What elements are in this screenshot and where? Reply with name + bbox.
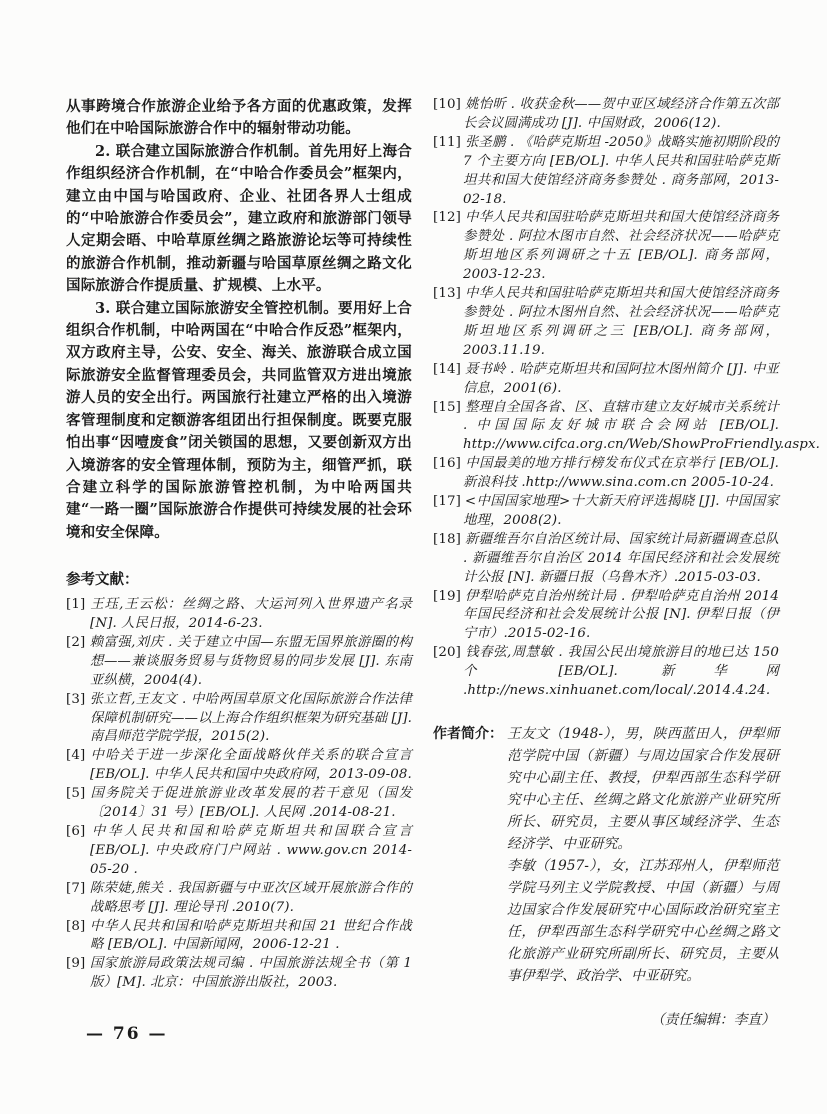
reference-item-18: [18]新疆维吾尔自治区统计局、国家统计局新疆调查总队 . 新疆维吾尔自治区 2… — [433, 531, 779, 588]
author-bio-heading: 作者简介： — [433, 723, 507, 987]
author-bio-entry-1: 王友文（1948-），男，陕西蓝田人，伊犁师范学院中国（新疆）与周边国家合作发展… — [507, 723, 779, 855]
reference-item-15: [15]整理自全国各省、区、直辖市建立友好城市关系统计 . 中国国际友好城市联合… — [433, 399, 779, 456]
reference-item-9: [9]国家旅游局政策法规司编 . 中国旅游法规全书（第 1 版）[M]. 北京：… — [66, 955, 412, 993]
reference-text-19: 伊犁哈萨克自治州统计局 . 伊犁哈萨克自治州 2014 年国民经济和社会发展统计… — [463, 589, 779, 642]
reference-text-12: 中华人民共和国驻哈萨克斯坦共和国大使馆经济商务参赞处 . 阿拉木图市自然、社会经… — [463, 210, 779, 282]
reference-label-9: [9] — [66, 956, 85, 971]
reference-item-3: [3]张立哲,王友文 . 中哈两国草原文化国际旅游合作法律保障机制研究——以上海… — [66, 691, 412, 748]
reference-text-18: 新疆维吾尔自治区统计局、国家统计局新疆调查总队 . 新疆维吾尔自治区 2014 … — [463, 532, 779, 585]
reference-item-11: [11]张圣鹏 . 《哈萨克斯坦 -2050》战略实施初期阶段的 7 个主要方向… — [433, 134, 779, 210]
reference-item-19: [19]伊犁哈萨克自治州统计局 . 伊犁哈萨克自治州 2014 年国民经济和社会… — [433, 588, 779, 645]
reference-label-17: [17] — [433, 494, 461, 509]
reference-label-18: [18] — [433, 532, 461, 547]
reference-text-13: 中华人民共和国驻哈萨克斯坦共和国大使馆经济商务参赞处 . 阿拉木图州自然、社会经… — [463, 286, 779, 358]
references-list-right: [10]姚怡昕 . 收获金秋——贺中亚区域经济合作第五次部长会议圆满成功 [J]… — [433, 96, 779, 701]
reference-text-20: 钱春弦,周慧敏 . 我国公民出境旅游目的地已达 150 个 [EB/OL]. 新… — [463, 645, 779, 698]
reference-text-1: 王珏,王云松：丝绸之路、大运河列入世界遗产名录 [N]. 人民日报，2014-6… — [89, 597, 412, 631]
reference-label-12: [12] — [433, 210, 461, 225]
reference-text-15: 整理自全国各省、区、直辖市建立友好城市关系统计 . 中国国际友好城市联合会网站 … — [463, 400, 820, 453]
page-number: — 76 — — [86, 1024, 168, 1044]
body-paragraph-2: 2. 联合建立国际旅游合作机制。首先用好上海合作组织经济合作机制，在“中哈合作委… — [66, 141, 412, 298]
reference-item-17: [17]<中国国家地理>十大新天府评选揭晓 [J]. 中国国家地理，2008(2… — [433, 493, 779, 531]
reference-label-1: [1] — [66, 597, 85, 612]
reference-label-19: [19] — [433, 589, 461, 604]
reference-text-7: 陈荣婕,熊关 . 我国新疆与中亚次区域开展旅游合作的战略思考 [J]. 理论导刊… — [89, 881, 412, 915]
reference-item-8: [8]中华人民共和国和哈萨克斯坦共和国 21 世纪合作战略 [EB/OL]. 中… — [66, 918, 412, 956]
reference-label-10: [10] — [433, 97, 461, 112]
reference-text-8: 中华人民共和国和哈萨克斯坦共和国 21 世纪合作战略 [EB/OL]. 中国新闻… — [89, 919, 412, 953]
reference-label-7: [7] — [66, 881, 85, 896]
author-bio-content: 王友文（1948-），男，陕西蓝田人，伊犁师范学院中国（新疆）与周边国家合作发展… — [507, 723, 779, 987]
reference-text-6: 中华人民共和国和哈萨克斯坦共和国联合宣言 [EB/OL]. 中央政府门户网站 .… — [89, 824, 412, 877]
reference-text-5: 国务院关于促进旅游业改革发展的若干意见（国发〔2014〕31 号）[EB/OL]… — [89, 786, 412, 820]
references-heading: 参考文献： — [66, 570, 412, 590]
reference-label-14: [14] — [433, 362, 461, 377]
reference-label-4: [4] — [66, 748, 85, 763]
reference-item-10: [10]姚怡昕 . 收获金秋——贺中亚区域经济合作第五次部长会议圆满成功 [J]… — [433, 96, 779, 134]
reference-label-20: [20] — [433, 645, 461, 660]
left-column: 从事跨境合作旅游企业给予各方面的优惠政策，发挥他们在中哈国际旅游合作中的辐射带动… — [66, 96, 412, 993]
reference-label-13: [13] — [433, 286, 461, 301]
reference-item-16: [16]中国最美的地方排行榜发布仪式在京举行 [EB/OL]. 新浪科技 .ht… — [433, 455, 779, 493]
reference-item-12: [12]中华人民共和国驻哈萨克斯坦共和国大使馆经济商务参赞处 . 阿拉木图市自然… — [433, 209, 779, 285]
reference-text-17: <中国国家地理>十大新天府评选揭晓 [J]. 中国国家地理，2008(2). — [463, 494, 779, 528]
body-paragraph-3: 3. 联合建立国际旅游安全管控机制。要用好上合组织合作机制，中哈两国在“中哈合作… — [66, 298, 412, 544]
right-column: [10]姚怡昕 . 收获金秋——贺中亚区域经济合作第五次部长会议圆满成功 [J]… — [433, 96, 779, 1031]
responsible-editor-note: （责任编辑：李直） — [433, 1009, 775, 1031]
reference-item-14: [14]聂书岭 . 哈萨克斯坦共和国阿拉木图州简介 [J]. 中亚信息，2001… — [433, 361, 779, 399]
reference-text-3: 张立哲,王友文 . 中哈两国草原文化国际旅游合作法律保障机制研究——以上海合作组… — [89, 692, 412, 745]
reference-item-5: [5]国务院关于促进旅游业改革发展的若干意见（国发〔2014〕31 号）[EB/… — [66, 785, 412, 823]
reference-item-7: [7]陈荣婕,熊关 . 我国新疆与中亚次区域开展旅游合作的战略思考 [J]. 理… — [66, 880, 412, 918]
reference-label-15: [15] — [433, 400, 461, 415]
reference-item-6: [6]中华人民共和国和哈萨克斯坦共和国联合宣言 [EB/OL]. 中央政府门户网… — [66, 823, 412, 880]
references-list-left: [1]王珏,王云松：丝绸之路、大运河列入世界遗产名录 [N]. 人民日报，201… — [66, 596, 412, 993]
reference-item-4: [4]中哈关于进一步深化全面战略伙伴关系的联合宣言 [EB/OL]. 中华人民共… — [66, 747, 412, 785]
reference-text-4: 中哈关于进一步深化全面战略伙伴关系的联合宣言 [EB/OL]. 中华人民共和国中… — [89, 748, 412, 782]
reference-label-3: [3] — [66, 692, 85, 707]
reference-text-14: 聂书岭 . 哈萨克斯坦共和国阿拉木图州简介 [J]. 中亚信息，2001(6). — [463, 362, 779, 396]
reference-item-2: [2]赖富强,刘庆 . 关于建立中国—东盟无国界旅游圈的构想——兼谈服务贸易与货… — [66, 634, 412, 691]
author-bio-entry-2: 李敏（1957-），女，江苏邳州人，伊犁师范学院马列主义学院教授、中国（新疆）与… — [507, 855, 779, 987]
paper-page: 从事跨境合作旅游企业给予各方面的优惠政策，发挥他们在中哈国际旅游合作中的辐射带动… — [0, 0, 827, 1114]
reference-text-16: 中国最美的地方排行榜发布仪式在京举行 [EB/OL]. 新浪科技 .http:/… — [463, 456, 779, 490]
reference-text-11: 张圣鹏 . 《哈萨克斯坦 -2050》战略实施初期阶段的 7 个主要方向 [EB… — [463, 135, 779, 207]
reference-label-8: [8] — [66, 919, 85, 934]
reference-text-2: 赖富强,刘庆 . 关于建立中国—东盟无国界旅游圈的构想——兼谈服务贸易与货物贸易… — [89, 635, 412, 688]
reference-label-6: [6] — [66, 824, 85, 839]
reference-item-13: [13]中华人民共和国驻哈萨克斯坦共和国大使馆经济商务参赞处 . 阿拉木图州自然… — [433, 285, 779, 361]
reference-text-9: 国家旅游局政策法规司编 . 中国旅游法规全书（第 1 版）[M]. 北京：中国旅… — [89, 956, 412, 990]
author-bio-section: 作者简介： 王友文（1948-），男，陕西蓝田人，伊犁师范学院中国（新疆）与周边… — [433, 723, 779, 987]
body-paragraph-continuation: 从事跨境合作旅游企业给予各方面的优惠政策，发挥他们在中哈国际旅游合作中的辐射带动… — [66, 96, 412, 141]
reference-label-16: [16] — [433, 456, 461, 471]
reference-item-20: [20]钱春弦,周慧敏 . 我国公民出境旅游目的地已达 150 个 [EB/OL… — [433, 644, 779, 701]
reference-text-10: 姚怡昕 . 收获金秋——贺中亚区域经济合作第五次部长会议圆满成功 [J]. 中国… — [463, 97, 779, 131]
reference-label-11: [11] — [433, 135, 461, 150]
reference-item-1: [1]王珏,王云松：丝绸之路、大运河列入世界遗产名录 [N]. 人民日报，201… — [66, 596, 412, 634]
reference-label-5: [5] — [66, 786, 85, 801]
reference-label-2: [2] — [66, 635, 85, 650]
